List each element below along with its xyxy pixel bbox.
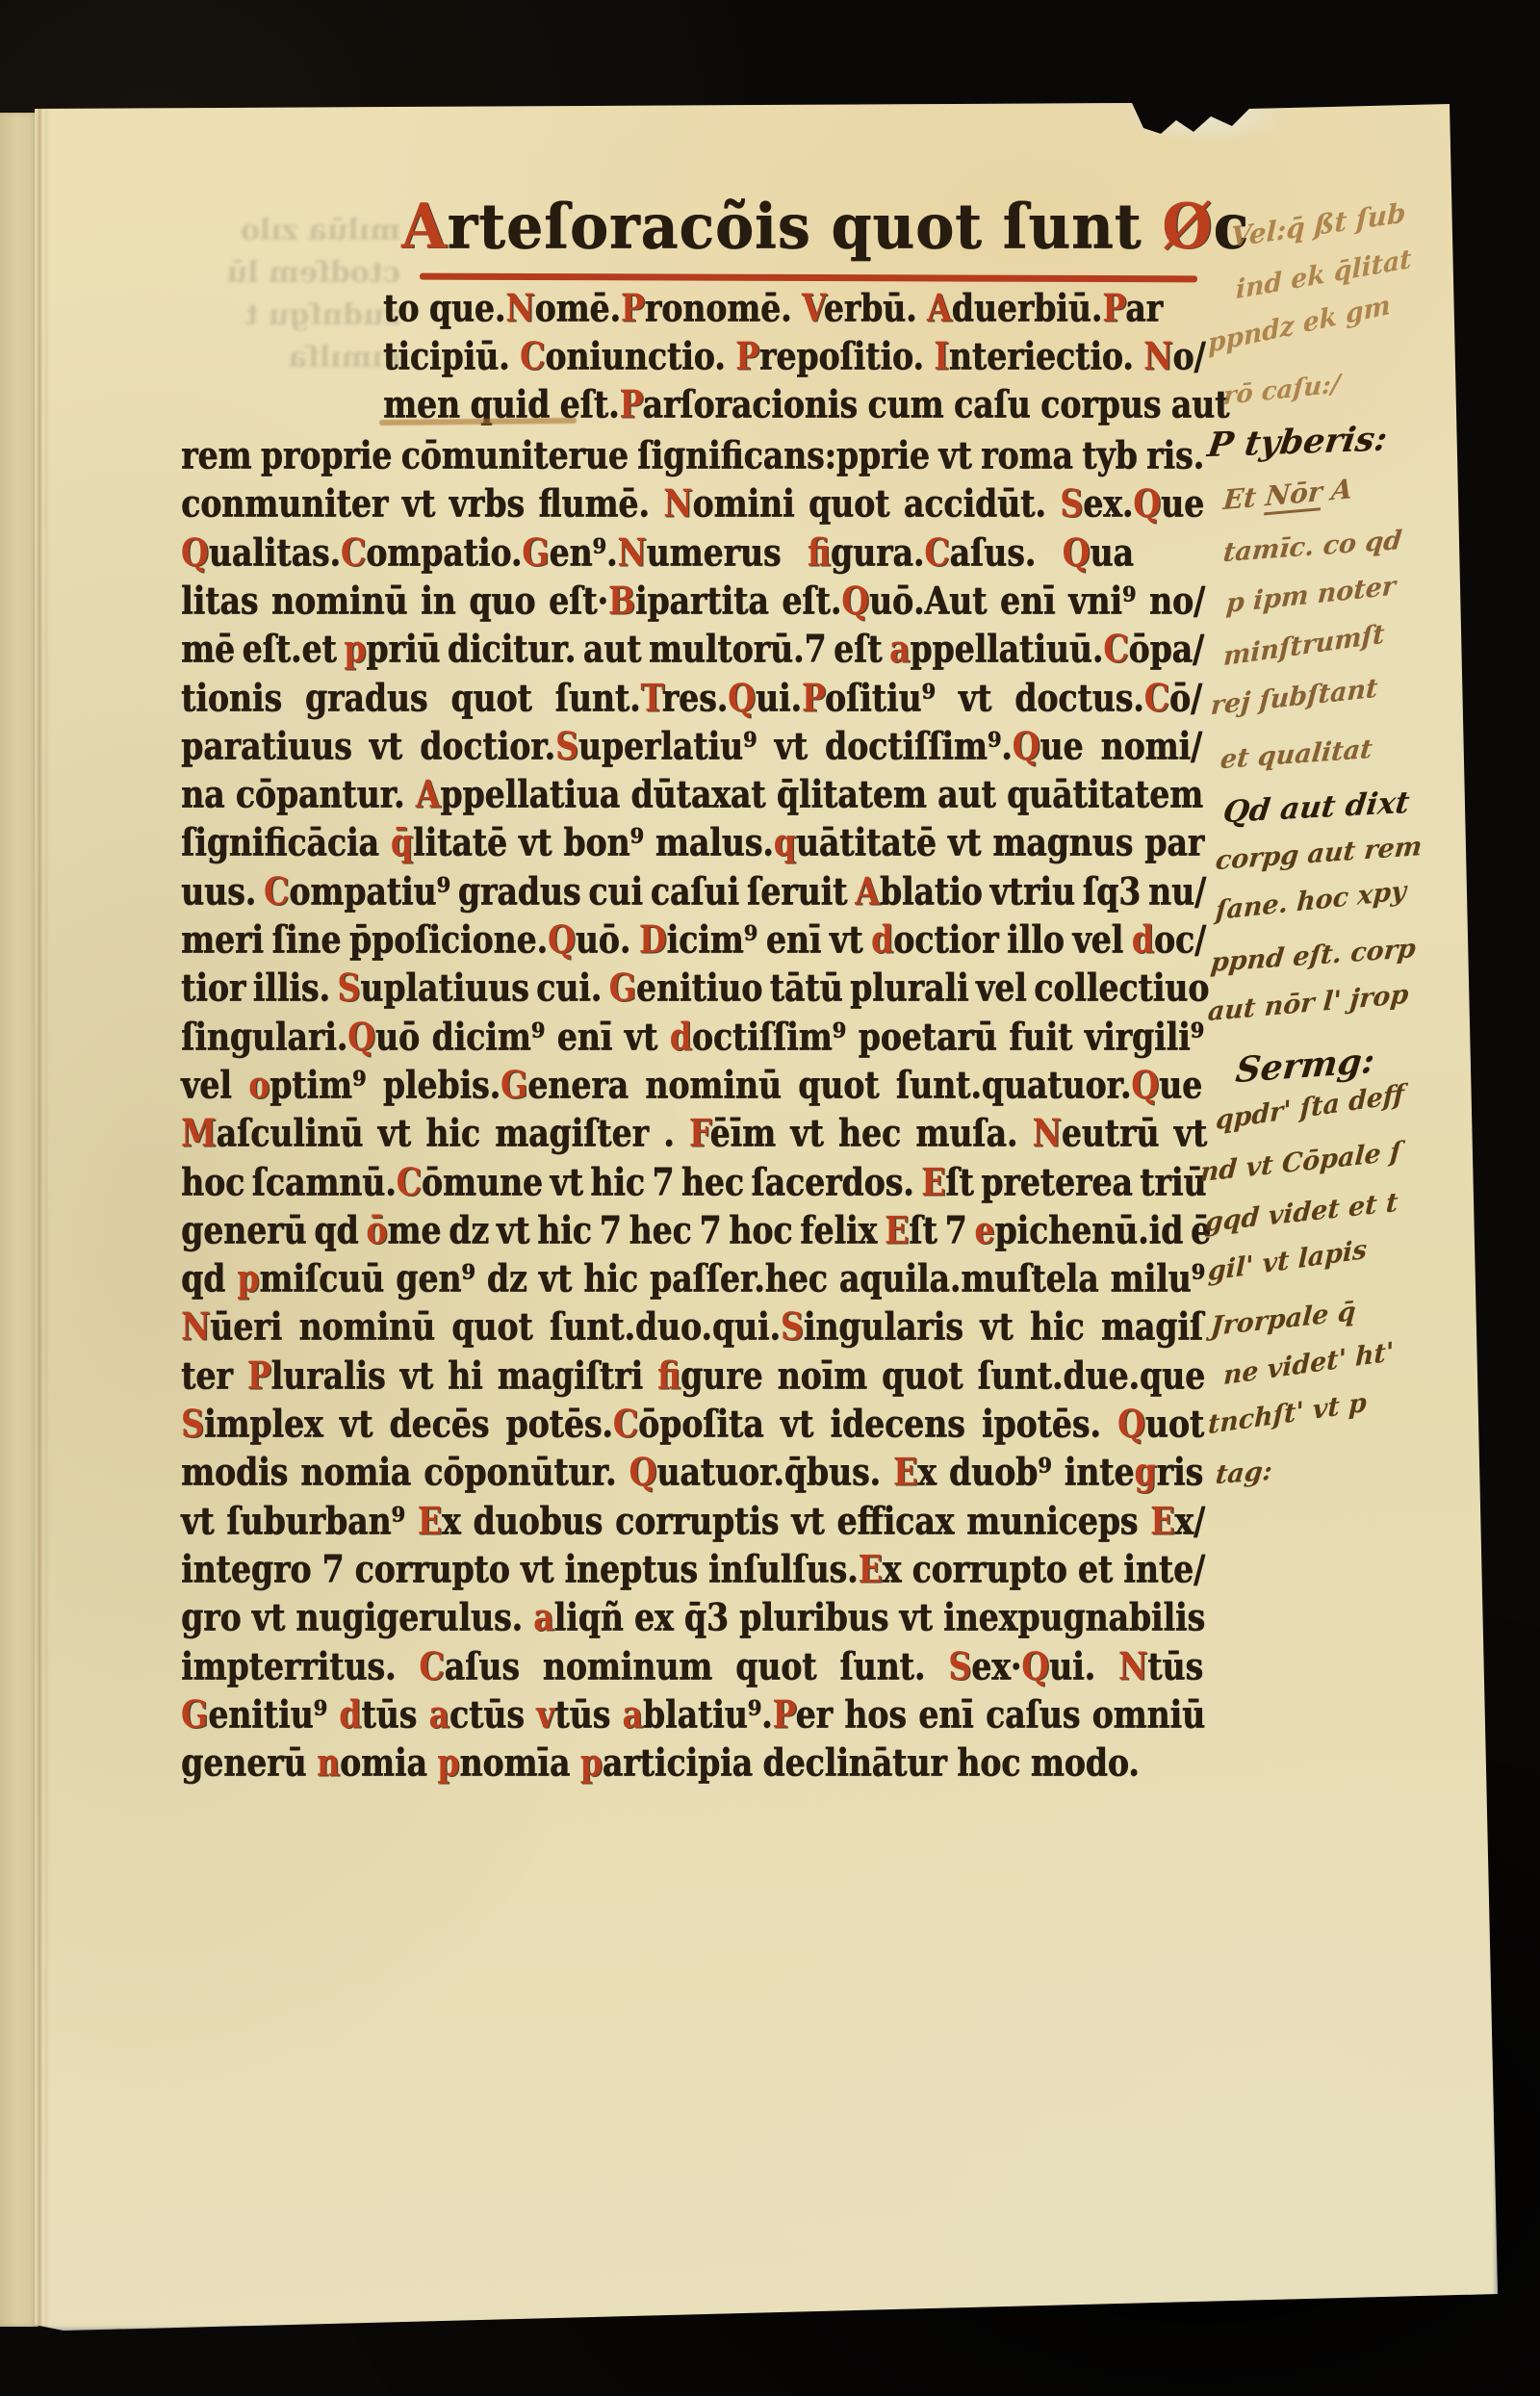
- rubricated-letter: d: [1132, 917, 1154, 962]
- rubricated-letter: S: [781, 1304, 804, 1349]
- rubricated-letter: F: [689, 1111, 710, 1155]
- text-line: impterritus. Caſus nominum quot ſunt. Se…: [181, 1644, 1203, 1688]
- text-line: to que.Nomē.Pronomē. Verbū. Aduerbiū.Par: [383, 286, 1163, 330]
- rubricated-letter: d: [339, 1692, 361, 1737]
- edge-pen-mark: t: [1471, 633, 1485, 659]
- marginal-annotation: et qualitat: [1219, 734, 1373, 775]
- rubricated-letter: A: [855, 869, 880, 914]
- rubricated-letter: N: [1143, 334, 1172, 378]
- edge-pen-mark: ε4: [1461, 686, 1493, 716]
- rubricated-letter: q̄: [391, 820, 413, 864]
- chapter-title: Arteſoracõis quot ſunt Øc: [401, 191, 1249, 264]
- binding-crease-light: [45, 99, 47, 2331]
- edge-pen-mark: zo: [1463, 580, 1493, 609]
- rubricated-letter: ō: [366, 1208, 387, 1252]
- text-line: generū nomia pnomīa participia declinātu…: [181, 1740, 1140, 1785]
- rubricated-letter: G: [609, 966, 636, 1010]
- text-line: Genitiu⁹ dtūs actūs vtūs ablatiu⁹.Per ho…: [181, 1692, 1205, 1737]
- text-line: vel optim⁹ plebis.Genera nominū quot ſun…: [181, 1063, 1202, 1107]
- rubricated-letter: C: [1103, 627, 1128, 671]
- rubricated-letter: Q: [1131, 1063, 1159, 1107]
- rubricated-letter: a: [622, 1692, 642, 1737]
- book-page: mılūa zıloctodſem lūzudnſgu tcımılſa Art…: [35, 99, 1498, 2331]
- text-line: Maſculinū vt hic magiſter . Fēīm vt hec …: [181, 1111, 1207, 1155]
- rubricated-letter: C: [341, 530, 366, 575]
- rubricated-letter: Q: [728, 676, 756, 720]
- rubricated-letter: G: [181, 1692, 208, 1737]
- rubricated-letter: G: [500, 1063, 527, 1107]
- rubricated-letter: Q: [548, 917, 576, 962]
- rubricated-letter: N: [1033, 1111, 1062, 1155]
- rubricated-letter: A: [416, 772, 441, 816]
- edge-pen-mark: t: [1469, 745, 1483, 771]
- marginal-annotation: gqd videt et t: [1204, 1188, 1399, 1238]
- marginal-annotation: P tyberis:: [1205, 419, 1390, 465]
- marginal-annotation: p ipm noter: [1225, 571, 1397, 619]
- marginal-annotation: Et Nōr A: [1222, 473, 1354, 516]
- rubricated-letter: Ø: [1162, 191, 1213, 264]
- marginal-annotation: aut nōr l' jrop: [1207, 980, 1410, 1028]
- rubricated-letter: E: [885, 1208, 909, 1252]
- marginal-annotation: ppnd eſt. corp: [1209, 934, 1417, 978]
- text-line: hoc ſcamnū.Cōmune vt hic 7 hec ſacerdos.…: [181, 1160, 1206, 1204]
- marginal-annotation: ſane. hoc xpy: [1215, 876, 1407, 926]
- rubricated-letter: E: [921, 1160, 945, 1204]
- rubricated-letter: S: [1060, 481, 1083, 526]
- marginal-annotation: tnchſt' vt p: [1207, 1388, 1367, 1441]
- text-line: ter Pluralis vt hi magiſtri figure noīm …: [181, 1353, 1205, 1398]
- rubricated-letter: Q: [841, 579, 869, 623]
- marginal-annotation: Qd aut dixt: [1221, 786, 1412, 830]
- red-underline: [420, 273, 1197, 283]
- binding-crease: [38, 99, 41, 2331]
- rubricated-letter: S: [948, 1644, 971, 1688]
- text-line: qd pmiſcuū gen⁹ dz vt hic paſſer.hec aqu…: [181, 1256, 1205, 1301]
- rubricated-letter: A: [927, 286, 952, 330]
- rubricated-letter: C: [264, 869, 289, 914]
- text-line: Qualitas.Compatio.Gen⁹.Numerus figura.Ca…: [181, 530, 1134, 575]
- rubricated-letter: E: [893, 1450, 917, 1494]
- rubricated-letter: C: [613, 1402, 638, 1446]
- rubricated-letter: Q: [181, 530, 209, 575]
- rubricated-letter: n: [317, 1740, 340, 1785]
- rubricated-letter: P: [735, 334, 759, 378]
- rubricated-letter: C: [924, 530, 949, 575]
- rubricated-letter: P: [1102, 286, 1125, 330]
- marginal-annotation: Jrorpale q̄: [1210, 1297, 1357, 1342]
- rubricated-letter: C: [1144, 676, 1169, 720]
- marginal-annotation: Sermg:: [1234, 1041, 1377, 1091]
- rubricated-letter: C: [419, 1644, 444, 1688]
- rubricated-letter: B: [608, 579, 635, 623]
- rubricated-letter: d: [670, 1015, 692, 1059]
- text-line: gro vt nugigerulus. aliqñ ex q̄3 pluribu…: [181, 1595, 1205, 1639]
- bleedthrough-text: mılūa zıloctodſem lūzudnſgu tcımılſa: [169, 210, 400, 379]
- text-line: Nūeri nominū quot ſunt.duo.qui.Singulari…: [181, 1304, 1203, 1349]
- rubricated-letter: p: [237, 1256, 259, 1301]
- rubricated-letter: E: [1150, 1499, 1174, 1543]
- text-line: litas nominū in quo eſt·Bipartita eſt.Qu…: [181, 579, 1205, 623]
- rubricated-letter: p: [437, 1740, 459, 1785]
- text-line: integro 7 corrupto vt ineptus inſulſus.E…: [181, 1547, 1205, 1591]
- rubricated-letter: M: [181, 1111, 217, 1155]
- text-line: mē eſt.et ppriū dicitur. aut multorū.7 e…: [181, 627, 1204, 671]
- rubricated-letter: N: [181, 1304, 210, 1349]
- rubricated-letter: C: [520, 334, 545, 378]
- text-line: ſignificācia q̄litatē vt bon⁹ malus.quāt…: [181, 820, 1204, 864]
- rubricated-letter: D: [639, 917, 667, 962]
- marginal-annotation: corpg aut rem: [1214, 832, 1424, 876]
- rubricated-letter: e: [974, 1208, 994, 1252]
- marginal-annotation: gil' vt lapis: [1207, 1235, 1367, 1288]
- rubricated-letter: E: [418, 1499, 442, 1543]
- text-line: na cōpantur. Appellatiua dūtaxat q̄litat…: [181, 772, 1203, 816]
- rubricated-letter: S: [555, 724, 578, 768]
- rubricated-letter: P: [619, 382, 642, 426]
- text-line: generū qd ōme dz vt hic 7 hec 7 hoc feli…: [181, 1208, 1211, 1252]
- marginal-annotation: minſtrumſt: [1222, 619, 1385, 672]
- text-line: ticipiū. Coniunctio. Prepoſitio. Interie…: [383, 334, 1205, 378]
- rubricated-letter: P: [621, 286, 645, 330]
- rubricated-letter: Q: [629, 1450, 656, 1494]
- rubricated-letter: A: [401, 191, 448, 264]
- rubricated-letter: f: [657, 1353, 680, 1398]
- torn-corner-abrasion: [1103, 99, 1305, 149]
- text-line: paratiuus vt doctior.Superlatiu⁹ vt doct…: [181, 724, 1202, 768]
- photo-background: { "document": { "kind": "incunabulum pri…: [0, 0, 1540, 2396]
- text-line: rem proprie cōmuniterue ſignificans:ppri…: [181, 433, 1204, 477]
- text-line: Simplex vt decēs potēs.Cōpoſita vt idece…: [181, 1402, 1204, 1446]
- rubricated-letter: p: [580, 1740, 603, 1785]
- rubricated-letter: N: [617, 530, 646, 575]
- rubricated-letter: Q: [1021, 1644, 1049, 1688]
- rubricated-letter: S: [181, 1402, 204, 1446]
- rubricated-letter: q: [774, 820, 796, 864]
- marginal-annotation: rej ſubſtant: [1210, 674, 1379, 722]
- text-line: vt ſuburban⁹ Ex duobus corruptis vt effi…: [181, 1499, 1205, 1543]
- marginal-annotation: tag:: [1214, 1456, 1273, 1490]
- text-line: meri ſine p̄poſicione.Quō. Dicim⁹ enī vt…: [181, 917, 1206, 962]
- edge-pen-mark: ε: [1469, 533, 1486, 560]
- rubricated-letter: P: [802, 676, 825, 720]
- edge-pen-mark: z: [1467, 807, 1483, 834]
- rubricated-letter: Q: [1133, 481, 1161, 526]
- marginal-annotation: nd vt Cōpale ſ: [1199, 1137, 1402, 1188]
- rubricated-letter: N: [1118, 1644, 1147, 1688]
- rubricated-letter: f: [808, 530, 831, 575]
- rubricated-letter: g: [1134, 1450, 1156, 1494]
- rubricated-letter: p: [344, 627, 366, 671]
- marginal-annotation: rō caſu:/: [1222, 370, 1341, 411]
- text-line: ſingulari.Quō dicim⁹ enī vt doctiſſim⁹ p…: [181, 1015, 1204, 1059]
- rubricated-letter: V: [802, 286, 824, 330]
- text-line: conmuniter vt vrbs flumē. Nomini quot ac…: [181, 481, 1204, 526]
- facing-page-edge: [0, 113, 38, 2327]
- rubricated-letter: G: [522, 530, 549, 575]
- text-line: modis nomia cōponūtur. Quatuor.q̄bus. Ex…: [181, 1450, 1203, 1494]
- rubricated-letter: T: [641, 676, 662, 720]
- text-line: tionis gradus quot ſunt.Tres.Qui.Poſitiu…: [181, 676, 1202, 720]
- marginal-annotation: Vel:q̄ ßt ſub: [1230, 196, 1406, 253]
- rubricated-letter: Q: [347, 1015, 375, 1059]
- text-line: uus. Compatiu⁹ gradus cui caſui ſeruit A…: [181, 869, 1206, 914]
- rubricated-letter: a: [428, 1692, 449, 1737]
- rubricated-letter: C: [397, 1160, 422, 1204]
- marginal-annotation: ne videt' ht': [1222, 1337, 1394, 1391]
- rubricated-letter: a: [889, 627, 910, 671]
- marginal-annotation: tamīc. co qd: [1221, 526, 1402, 568]
- rubricated-letter: Q: [1013, 724, 1040, 768]
- rubricated-letter: P: [247, 1353, 271, 1398]
- rubricated-letter: Q: [1063, 530, 1091, 575]
- rubricated-letter: N: [505, 286, 534, 330]
- rubricated-letter: N: [663, 481, 692, 526]
- rubricated-letter: Q: [1117, 1402, 1145, 1446]
- rubricated-letter: P: [773, 1692, 796, 1737]
- rubricated-letter: v: [536, 1692, 554, 1737]
- rubricated-letter: o: [248, 1063, 269, 1107]
- rubricated-letter: E: [858, 1547, 882, 1591]
- rubricated-letter: d: [871, 917, 893, 962]
- text-line: tior illis. Suplatiuus cui. Genitiuo tāt…: [181, 966, 1209, 1010]
- rubricated-letter: a: [533, 1595, 553, 1639]
- rubricated-letter: S: [337, 966, 360, 1010]
- rubricated-letter: I: [934, 334, 948, 378]
